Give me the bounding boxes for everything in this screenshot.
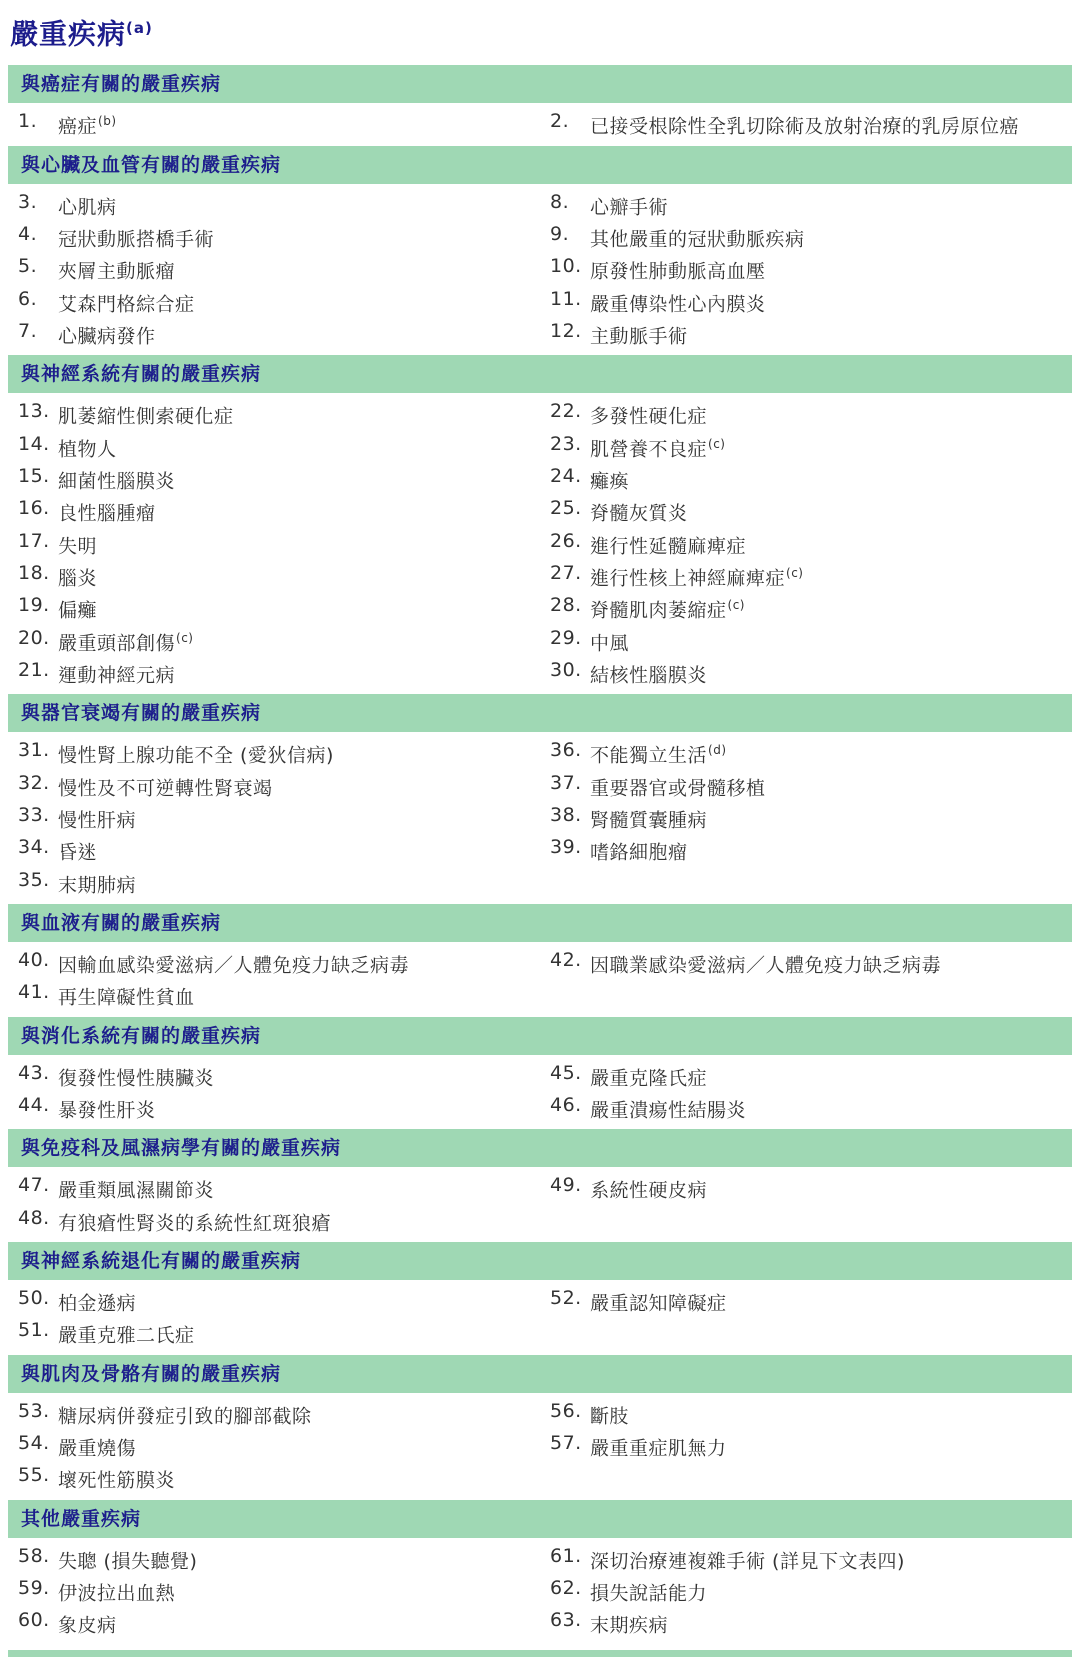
list-item: 50.柏金遜病 (8, 1285, 540, 1317)
item-number: 63. (540, 1607, 590, 1634)
item-number: 35. (8, 867, 58, 894)
item-number: 11. (540, 286, 590, 313)
list-item: 13.肌萎縮性側索硬化症 (8, 398, 540, 430)
item-number: 54. (8, 1430, 58, 1457)
section-columns: 53.糖尿病併發症引致的腳部截除54.嚴重燒傷55.壞死性筋膜炎56.斷肢57.… (8, 1398, 1072, 1495)
item-number: 5. (8, 253, 58, 280)
item-text: 昏迷 (58, 842, 97, 864)
item-label: 嚴重頭部創傷(c) (58, 625, 540, 657)
item-text: 其他嚴重的冠狀動脈疾病 (590, 228, 805, 250)
item-number: 22. (540, 398, 590, 425)
section-header: 與神經系統退化有關的嚴重疾病 (8, 1242, 1072, 1280)
list-item: 3.心肌病 (8, 189, 540, 221)
item-label: 損失說話能力 (590, 1575, 1072, 1607)
item-text: 嚴重克雅二氏症 (58, 1325, 195, 1347)
column-right: 61.深切治療連複雜手術 (詳見下文表四)62.損失說話能力63.末期疾病 (540, 1543, 1072, 1640)
item-text: 再生障礙性貧血 (58, 987, 195, 1009)
item-text: 結核性腦膜炎 (590, 664, 707, 686)
list-item: 16.良性腦腫瘤 (8, 495, 540, 527)
item-text: 慢性及不可逆轉性腎衰竭 (58, 777, 273, 799)
item-number: 34. (8, 834, 58, 861)
item-label: 嚴重傳染性心內膜炎 (590, 286, 1072, 318)
item-label: 深切治療連複雜手術 (詳見下文表四) (590, 1543, 1072, 1575)
item-text: 因輸血感染愛滋病／人體免疫力缺乏病毒 (58, 954, 409, 976)
item-number: 24. (540, 463, 590, 490)
list-item: 21.運動神經元病 (8, 657, 540, 689)
section-columns: 13.肌萎縮性側索硬化症14.植物人15.細菌性腦膜炎16.良性腦腫瘤17.失明… (8, 398, 1072, 689)
item-number: 38. (540, 802, 590, 829)
list-item: 61.深切治療連複雜手術 (詳見下文表四) (540, 1543, 1072, 1575)
item-text: 重要器官或骨髓移植 (590, 777, 766, 799)
item-text: 嚴重重症肌無力 (590, 1437, 727, 1459)
next-section-bar-partial (8, 1650, 1072, 1657)
list-item: 19.偏癱 (8, 592, 540, 624)
column-left: 58.失聰 (損失聽覺)59.伊波拉出血熱60.象皮病 (8, 1543, 540, 1640)
critical-illness-document: 嚴重疾病(a) 與癌症有關的嚴重疾病1.癌症(b)2.已接受根除性全乳切除術及放… (0, 0, 1080, 1657)
item-number: 31. (8, 737, 58, 764)
item-number: 44. (8, 1092, 58, 1119)
column-left: 43.復發性慢性胰臟炎44.暴發性肝炎 (8, 1060, 540, 1125)
item-text: 復發性慢性胰臟炎 (58, 1067, 214, 1089)
column-left: 50.柏金遜病51.嚴重克雅二氏症 (8, 1285, 540, 1350)
disease-section: 與血液有關的嚴重疾病40.因輸血感染愛滋病／人體免疫力缺乏病毒41.再生障礙性貧… (8, 904, 1072, 1012)
list-item: 20.嚴重頭部創傷(c) (8, 625, 540, 657)
item-number: 1. (8, 108, 58, 135)
item-number: 2. (540, 108, 590, 135)
list-item: 45.嚴重克隆氏症 (540, 1060, 1072, 1092)
item-text: 嚴重潰瘍性結腸炎 (590, 1099, 746, 1121)
item-text: 中風 (590, 632, 629, 654)
item-number: 25. (540, 495, 590, 522)
list-item: 22.多發性硬化症 (540, 398, 1072, 430)
list-item: 31.慢性腎上腺功能不全 (愛狄信病) (8, 737, 540, 769)
item-number: 39. (540, 834, 590, 861)
list-item: 5.夾層主動脈瘤 (8, 253, 540, 285)
item-text: 腦炎 (58, 567, 97, 589)
list-item: 37.重要器官或骨髓移植 (540, 770, 1072, 802)
item-text: 嚴重頭部創傷 (58, 632, 175, 654)
column-right: 56.斷肢57.嚴重重症肌無力 (540, 1398, 1072, 1495)
list-item: 56.斷肢 (540, 1398, 1072, 1430)
list-item: 48.有狼瘡性腎炎的系統性紅斑狼瘡 (8, 1205, 540, 1237)
column-right: 8.心瓣手術9.其他嚴重的冠狀動脈疾病10.原發性肺動脈高血壓11.嚴重傳染性心… (540, 189, 1072, 351)
list-item: 33.慢性肝病 (8, 802, 540, 834)
item-text: 嚴重類風濕關節炎 (58, 1180, 214, 1202)
item-number: 58. (8, 1543, 58, 1570)
disease-section: 與癌症有關的嚴重疾病1.癌症(b)2.已接受根除性全乳切除術及放射治療的乳房原位… (8, 65, 1072, 140)
item-label: 進行性延髓麻痺症 (590, 528, 1072, 560)
item-label: 末期肺病 (58, 867, 540, 899)
list-item: 17.失明 (8, 528, 540, 560)
section-header: 其他嚴重疾病 (8, 1500, 1072, 1538)
item-label: 偏癱 (58, 592, 540, 624)
sections-container: 與癌症有關的嚴重疾病1.癌症(b)2.已接受根除性全乳切除術及放射治療的乳房原位… (8, 65, 1072, 1639)
list-item: 39.嗜鉻細胞瘤 (540, 834, 1072, 866)
item-number: 9. (540, 221, 590, 248)
item-text: 心臟病發作 (58, 325, 156, 347)
section-columns: 1.癌症(b)2.已接受根除性全乳切除術及放射治療的乳房原位癌 (8, 108, 1072, 140)
item-label: 不能獨立生活(d) (590, 737, 1072, 769)
item-number: 30. (540, 657, 590, 684)
item-number: 33. (8, 802, 58, 829)
item-number: 3. (8, 189, 58, 216)
item-text: 末期疾病 (590, 1614, 668, 1636)
list-item: 43.復發性慢性胰臟炎 (8, 1060, 540, 1092)
list-item: 24.癱瘓 (540, 463, 1072, 495)
item-number: 18. (8, 560, 58, 587)
list-item: 25.脊髓灰質炎 (540, 495, 1072, 527)
item-label: 癌症(b) (58, 108, 540, 140)
item-text: 深切治療連複雜手術 (詳見下文表四) (590, 1550, 905, 1572)
item-label: 有狼瘡性腎炎的系統性紅斑狼瘡 (58, 1205, 540, 1237)
list-item: 11.嚴重傳染性心內膜炎 (540, 286, 1072, 318)
item-text: 因職業感染愛滋病／人體免疫力缺乏病毒 (590, 954, 941, 976)
section-header: 與神經系統有關的嚴重疾病 (8, 355, 1072, 393)
item-number: 28. (540, 592, 590, 619)
section-columns: 50.柏金遜病51.嚴重克雅二氏症52.嚴重認知障礙症 (8, 1285, 1072, 1350)
section-header: 與器官衰竭有關的嚴重疾病 (8, 694, 1072, 732)
item-label: 斷肢 (590, 1398, 1072, 1430)
item-text: 嚴重傳染性心內膜炎 (590, 293, 766, 315)
item-number: 20. (8, 625, 58, 652)
column-right: 2.已接受根除性全乳切除術及放射治療的乳房原位癌 (540, 108, 1072, 140)
item-superscript: (d) (708, 743, 726, 757)
item-text: 肌營養不良症 (590, 438, 707, 460)
list-item: 15.細菌性腦膜炎 (8, 463, 540, 495)
item-text: 失聰 (損失聽覺) (58, 1550, 197, 1572)
item-text: 斷肢 (590, 1405, 629, 1427)
item-number: 16. (8, 495, 58, 522)
list-item: 18.腦炎 (8, 560, 540, 592)
section-header: 與血液有關的嚴重疾病 (8, 904, 1072, 942)
item-number: 7. (8, 318, 58, 345)
list-item: 34.昏迷 (8, 834, 540, 866)
item-label: 重要器官或骨髓移植 (590, 770, 1072, 802)
column-left: 13.肌萎縮性側索硬化症14.植物人15.細菌性腦膜炎16.良性腦腫瘤17.失明… (8, 398, 540, 689)
list-item: 4.冠狀動脈搭橋手術 (8, 221, 540, 253)
item-text: 脊髓灰質炎 (590, 503, 688, 525)
item-label: 慢性及不可逆轉性腎衰竭 (58, 770, 540, 802)
item-text: 偏癱 (58, 600, 97, 622)
item-text: 慢性肝病 (58, 809, 136, 831)
item-label: 脊髓灰質炎 (590, 495, 1072, 527)
item-label: 失明 (58, 528, 540, 560)
item-number: 26. (540, 528, 590, 555)
item-number: 41. (8, 979, 58, 1006)
item-label: 末期疾病 (590, 1607, 1072, 1639)
section-header: 與心臟及血管有關的嚴重疾病 (8, 146, 1072, 184)
list-item: 42.因職業感染愛滋病／人體免疫力缺乏病毒 (540, 947, 1072, 979)
column-right: 45.嚴重克隆氏症46.嚴重潰瘍性結腸炎 (540, 1060, 1072, 1125)
item-label: 脊髓肌肉萎縮症(c) (590, 592, 1072, 624)
list-item: 9.其他嚴重的冠狀動脈疾病 (540, 221, 1072, 253)
section-columns: 43.復發性慢性胰臟炎44.暴發性肝炎45.嚴重克隆氏症46.嚴重潰瘍性結腸炎 (8, 1060, 1072, 1125)
section-header: 與免疫科及風濕病學有關的嚴重疾病 (8, 1129, 1072, 1167)
item-number: 19. (8, 592, 58, 619)
item-text: 壞死性筋膜炎 (58, 1470, 175, 1492)
item-label: 冠狀動脈搭橋手術 (58, 221, 540, 253)
page-title: 嚴重疾病(a) (10, 10, 1072, 52)
column-left: 53.糖尿病併發症引致的腳部截除54.嚴重燒傷55.壞死性筋膜炎 (8, 1398, 540, 1495)
item-number: 62. (540, 1575, 590, 1602)
item-text: 系統性硬皮病 (590, 1180, 707, 1202)
item-label: 植物人 (58, 431, 540, 463)
disease-section: 與器官衰竭有關的嚴重疾病31.慢性腎上腺功能不全 (愛狄信病)32.慢性及不可逆… (8, 694, 1072, 899)
item-label: 中風 (590, 625, 1072, 657)
item-number: 53. (8, 1398, 58, 1425)
item-text: 損失說話能力 (590, 1582, 707, 1604)
item-label: 嚴重燒傷 (58, 1430, 540, 1462)
item-text: 嗜鉻細胞瘤 (590, 842, 688, 864)
item-text: 腎髓質囊腫病 (590, 809, 707, 831)
item-label: 腦炎 (58, 560, 540, 592)
list-item: 14.植物人 (8, 431, 540, 463)
item-label: 腎髓質囊腫病 (590, 802, 1072, 834)
item-label: 癱瘓 (590, 463, 1072, 495)
item-text: 嚴重認知障礙症 (590, 1292, 727, 1314)
item-number: 15. (8, 463, 58, 490)
section-columns: 3.心肌病4.冠狀動脈搭橋手術5.夾層主動脈瘤6.艾森門格綜合症7.心臟病發作8… (8, 189, 1072, 351)
disease-section: 與肌肉及骨骼有關的嚴重疾病53.糖尿病併發症引致的腳部截除54.嚴重燒傷55.壞… (8, 1355, 1072, 1495)
item-text: 已接受根除性全乳切除術及放射治療的乳房原位癌 (590, 116, 1019, 138)
list-item: 59.伊波拉出血熱 (8, 1575, 540, 1607)
column-left: 1.癌症(b) (8, 108, 540, 140)
item-text: 嚴重燒傷 (58, 1437, 136, 1459)
list-item: 7.心臟病發作 (8, 318, 540, 350)
list-item: 40.因輸血感染愛滋病／人體免疫力缺乏病毒 (8, 947, 540, 979)
list-item: 55.壞死性筋膜炎 (8, 1462, 540, 1494)
item-text: 多發性硬化症 (590, 406, 707, 428)
list-item: 8.心瓣手術 (540, 189, 1072, 221)
item-label: 良性腦腫瘤 (58, 495, 540, 527)
item-number: 4. (8, 221, 58, 248)
item-number: 21. (8, 657, 58, 684)
item-superscript: (b) (98, 114, 116, 128)
column-left: 40.因輸血感染愛滋病／人體免疫力缺乏病毒41.再生障礙性貧血 (8, 947, 540, 1012)
list-item: 52.嚴重認知障礙症 (540, 1285, 1072, 1317)
item-text: 癱瘓 (590, 470, 629, 492)
item-label: 夾層主動脈瘤 (58, 253, 540, 285)
item-text: 肌萎縮性側索硬化症 (58, 406, 234, 428)
item-number: 6. (8, 286, 58, 313)
list-item: 62.損失說話能力 (540, 1575, 1072, 1607)
section-columns: 47.嚴重類風濕關節炎48.有狼瘡性腎炎的系統性紅斑狼瘡49.系統性硬皮病 (8, 1172, 1072, 1237)
item-label: 進行性核上神經麻痺症(c) (590, 560, 1072, 592)
column-left: 47.嚴重類風濕關節炎48.有狼瘡性腎炎的系統性紅斑狼瘡 (8, 1172, 540, 1237)
column-right: 36.不能獨立生活(d)37.重要器官或骨髓移植38.腎髓質囊腫病39.嗜鉻細胞… (540, 737, 1072, 899)
item-number: 52. (540, 1285, 590, 1312)
item-text: 心肌病 (58, 196, 117, 218)
section-columns: 58.失聰 (損失聽覺)59.伊波拉出血熱60.象皮病61.深切治療連複雜手術 … (8, 1543, 1072, 1640)
list-item: 51.嚴重克雅二氏症 (8, 1317, 540, 1349)
item-label: 壞死性筋膜炎 (58, 1462, 540, 1494)
item-number: 8. (540, 189, 590, 216)
item-number: 50. (8, 1285, 58, 1312)
list-item: 46.嚴重潰瘍性結腸炎 (540, 1092, 1072, 1124)
item-number: 13. (8, 398, 58, 425)
list-item: 10.原發性肺動脈高血壓 (540, 253, 1072, 285)
disease-section: 與神經系統退化有關的嚴重疾病50.柏金遜病51.嚴重克雅二氏症52.嚴重認知障礙… (8, 1242, 1072, 1350)
item-label: 主動脈手術 (590, 318, 1072, 350)
item-number: 60. (8, 1607, 58, 1634)
item-text: 原發性肺動脈高血壓 (590, 261, 766, 283)
item-label: 嗜鉻細胞瘤 (590, 834, 1072, 866)
item-label: 運動神經元病 (58, 657, 540, 689)
item-label: 再生障礙性貧血 (58, 979, 540, 1011)
list-item: 29.中風 (540, 625, 1072, 657)
item-label: 原發性肺動脈高血壓 (590, 253, 1072, 285)
item-superscript: (c) (176, 631, 193, 645)
item-number: 46. (540, 1092, 590, 1119)
list-item: 60.象皮病 (8, 1607, 540, 1639)
section-header: 與肌肉及骨骼有關的嚴重疾病 (8, 1355, 1072, 1393)
item-number: 42. (540, 947, 590, 974)
item-number: 55. (8, 1462, 58, 1489)
item-label: 多發性硬化症 (590, 398, 1072, 430)
list-item: 2.已接受根除性全乳切除術及放射治療的乳房原位癌 (540, 108, 1072, 140)
item-label: 昏迷 (58, 834, 540, 866)
item-text: 癌症 (58, 116, 97, 138)
item-label: 嚴重潰瘍性結腸炎 (590, 1092, 1072, 1124)
item-label: 嚴重重症肌無力 (590, 1430, 1072, 1462)
item-label: 肌萎縮性側索硬化症 (58, 398, 540, 430)
list-item: 49.系統性硬皮病 (540, 1172, 1072, 1204)
list-item: 12.主動脈手術 (540, 318, 1072, 350)
item-text: 心瓣手術 (590, 196, 668, 218)
item-label: 系統性硬皮病 (590, 1172, 1072, 1204)
section-columns: 40.因輸血感染愛滋病／人體免疫力缺乏病毒41.再生障礙性貧血42.因職業感染愛… (8, 947, 1072, 1012)
item-label: 心瓣手術 (590, 189, 1072, 221)
item-text: 艾森門格綜合症 (58, 293, 195, 315)
item-superscript: (c) (708, 437, 725, 451)
item-number: 14. (8, 431, 58, 458)
item-number: 59. (8, 1575, 58, 1602)
list-item: 54.嚴重燒傷 (8, 1430, 540, 1462)
list-item: 27.進行性核上神經麻痺症(c) (540, 560, 1072, 592)
item-superscript: (c) (786, 566, 803, 580)
column-right: 52.嚴重認知障礙症 (540, 1285, 1072, 1350)
item-number: 48. (8, 1205, 58, 1232)
item-number: 32. (8, 770, 58, 797)
item-text: 有狼瘡性腎炎的系統性紅斑狼瘡 (58, 1212, 331, 1234)
list-item: 63.末期疾病 (540, 1607, 1072, 1639)
item-number: 17. (8, 528, 58, 555)
column-right: 42.因職業感染愛滋病／人體免疫力缺乏病毒 (540, 947, 1072, 1012)
list-item: 57.嚴重重症肌無力 (540, 1430, 1072, 1462)
item-label: 復發性慢性胰臟炎 (58, 1060, 540, 1092)
item-text: 植物人 (58, 438, 117, 460)
item-number: 56. (540, 1398, 590, 1425)
item-superscript: (c) (728, 598, 745, 612)
item-text: 不能獨立生活 (590, 745, 707, 767)
item-label: 嚴重認知障礙症 (590, 1285, 1072, 1317)
item-label: 細菌性腦膜炎 (58, 463, 540, 495)
list-item: 26.進行性延髓麻痺症 (540, 528, 1072, 560)
item-number: 10. (540, 253, 590, 280)
list-item: 28.脊髓肌肉萎縮症(c) (540, 592, 1072, 624)
section-header: 與癌症有關的嚴重疾病 (8, 65, 1072, 103)
page-title-superscript: (a) (126, 19, 153, 37)
item-label: 象皮病 (58, 1607, 540, 1639)
item-label: 嚴重克隆氏症 (590, 1060, 1072, 1092)
item-label: 慢性腎上腺功能不全 (愛狄信病) (58, 737, 540, 769)
list-item: 1.癌症(b) (8, 108, 540, 140)
item-label: 暴發性肝炎 (58, 1092, 540, 1124)
item-number: 29. (540, 625, 590, 652)
item-label: 其他嚴重的冠狀動脈疾病 (590, 221, 1072, 253)
list-item: 23.肌營養不良症(c) (540, 431, 1072, 463)
item-label: 心肌病 (58, 189, 540, 221)
list-item: 41.再生障礙性貧血 (8, 979, 540, 1011)
list-item: 35.末期肺病 (8, 867, 540, 899)
disease-section: 與消化系統有關的嚴重疾病43.復發性慢性胰臟炎44.暴發性肝炎45.嚴重克隆氏症… (8, 1017, 1072, 1125)
item-number: 43. (8, 1060, 58, 1087)
item-number: 49. (540, 1172, 590, 1199)
item-text: 進行性延髓麻痺症 (590, 535, 746, 557)
list-item: 32.慢性及不可逆轉性腎衰竭 (8, 770, 540, 802)
item-label: 結核性腦膜炎 (590, 657, 1072, 689)
item-label: 慢性肝病 (58, 802, 540, 834)
page-title-text: 嚴重疾病 (10, 17, 126, 50)
item-label: 已接受根除性全乳切除術及放射治療的乳房原位癌 (590, 108, 1072, 140)
item-text: 夾層主動脈瘤 (58, 261, 175, 283)
disease-section: 與神經系統有關的嚴重疾病13.肌萎縮性側索硬化症14.植物人15.細菌性腦膜炎1… (8, 355, 1072, 689)
item-text: 末期肺病 (58, 874, 136, 896)
item-text: 糖尿病併發症引致的腳部截除 (58, 1405, 312, 1427)
list-item: 30.結核性腦膜炎 (540, 657, 1072, 689)
section-columns: 31.慢性腎上腺功能不全 (愛狄信病)32.慢性及不可逆轉性腎衰竭33.慢性肝病… (8, 737, 1072, 899)
item-number: 23. (540, 431, 590, 458)
item-label: 嚴重克雅二氏症 (58, 1317, 540, 1349)
item-label: 失聰 (損失聽覺) (58, 1543, 540, 1575)
item-number: 37. (540, 770, 590, 797)
column-right: 49.系統性硬皮病 (540, 1172, 1072, 1237)
item-label: 艾森門格綜合症 (58, 286, 540, 318)
column-right: 22.多發性硬化症23.肌營養不良症(c)24.癱瘓25.脊髓灰質炎26.進行性… (540, 398, 1072, 689)
column-left: 3.心肌病4.冠狀動脈搭橋手術5.夾層主動脈瘤6.艾森門格綜合症7.心臟病發作 (8, 189, 540, 351)
item-text: 嚴重克隆氏症 (590, 1067, 707, 1089)
item-label: 伊波拉出血熱 (58, 1575, 540, 1607)
item-number: 47. (8, 1172, 58, 1199)
section-header: 與消化系統有關的嚴重疾病 (8, 1017, 1072, 1055)
item-number: 27. (540, 560, 590, 587)
item-text: 脊髓肌肉萎縮症 (590, 600, 727, 622)
list-item: 38.腎髓質囊腫病 (540, 802, 1072, 834)
item-label: 因職業感染愛滋病／人體免疫力缺乏病毒 (590, 947, 1072, 979)
list-item: 47.嚴重類風濕關節炎 (8, 1172, 540, 1204)
item-text: 冠狀動脈搭橋手術 (58, 228, 214, 250)
item-label: 柏金遜病 (58, 1285, 540, 1317)
item-text: 細菌性腦膜炎 (58, 470, 175, 492)
list-item: 36.不能獨立生活(d) (540, 737, 1072, 769)
disease-section: 與心臟及血管有關的嚴重疾病3.心肌病4.冠狀動脈搭橋手術5.夾層主動脈瘤6.艾森… (8, 146, 1072, 351)
item-label: 嚴重類風濕關節炎 (58, 1172, 540, 1204)
item-text: 象皮病 (58, 1614, 117, 1636)
item-label: 因輸血感染愛滋病／人體免疫力缺乏病毒 (58, 947, 540, 979)
item-text: 失明 (58, 535, 97, 557)
list-item: 44.暴發性肝炎 (8, 1092, 540, 1124)
item-number: 51. (8, 1317, 58, 1344)
item-number: 40. (8, 947, 58, 974)
item-text: 暴發性肝炎 (58, 1099, 156, 1121)
item-text: 柏金遜病 (58, 1292, 136, 1314)
item-label: 心臟病發作 (58, 318, 540, 350)
item-text: 運動神經元病 (58, 664, 175, 686)
item-label: 肌營養不良症(c) (590, 431, 1072, 463)
item-text: 良性腦腫瘤 (58, 503, 156, 525)
item-label: 糖尿病併發症引致的腳部截除 (58, 1398, 540, 1430)
item-text: 伊波拉出血熱 (58, 1582, 175, 1604)
